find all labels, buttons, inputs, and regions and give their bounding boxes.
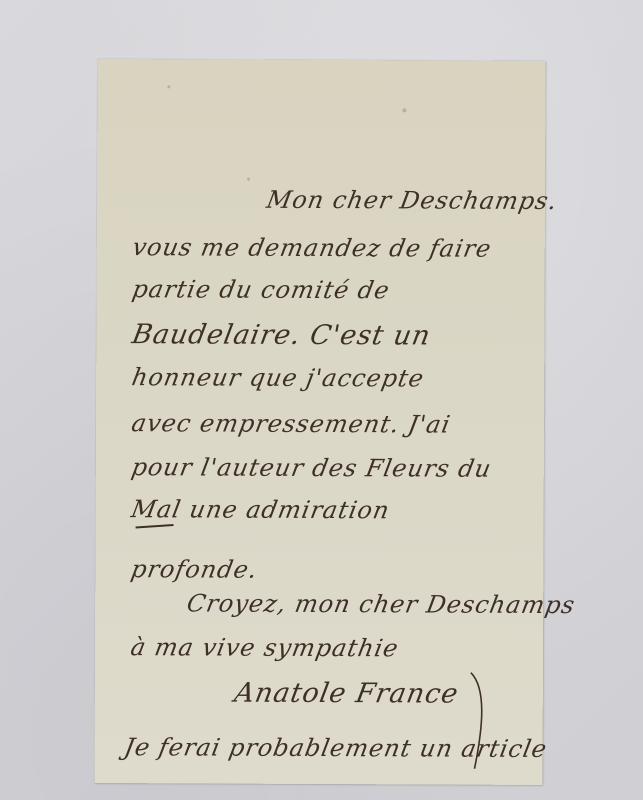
postscript: Je ferai probablement un article [122,733,550,763]
letter-line: profonde. [129,555,260,584]
letter-line: Baudelaire. C'est un [130,319,434,351]
paper-speck [247,178,250,181]
paper-speck [167,85,170,88]
letter-salutation: Mon cher Deschamps. [264,186,559,215]
letter-line: avec empressement. J'ai [129,409,453,438]
letter-line: pour l'auteur des Fleurs du [129,453,494,483]
signature: Anatole France [232,678,461,710]
letter-line: à ma vive sympathie [128,633,401,662]
letter-line: vous me demandez de faire [130,233,494,263]
letter-line: Mal une admiration [129,495,392,524]
paper-speck [402,108,406,112]
letter-card: Mon cher Deschamps. vous me demandez de … [94,59,545,785]
letter-line: Croyez, mon cher Deschamps [185,589,578,619]
letter-line: honneur que j'accepte [130,363,427,392]
mal-underline [136,524,174,528]
letter-line: partie du comité de [130,275,392,304]
